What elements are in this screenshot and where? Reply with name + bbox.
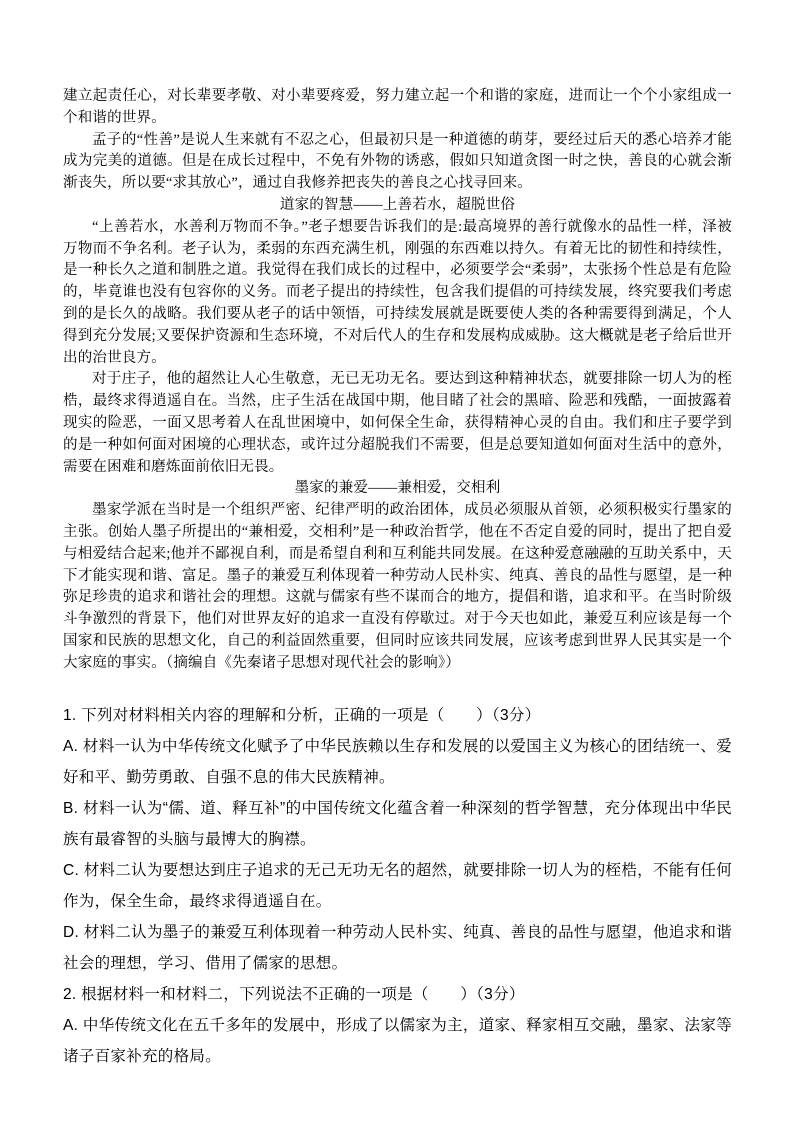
material-paragraph-mozi: 墨家学派在当时是一个组织严密、纪律严明的政治团体，成员必须服从首领，必须积极实行… — [63, 500, 732, 674]
section-heading-mohism: 墨家的兼爱——兼相爱，交相利 — [63, 478, 732, 500]
question-1-option-a: A. 材料一认为中华传统文化赋予了中华民族赖以生存和发展的以爱国主义为核心的团结… — [63, 731, 732, 793]
section-heading-daoism: 道家的智慧——上善若水，超脱世俗 — [63, 195, 732, 217]
question-1-option-d: D. 材料二认为墨子的兼爱互利体现着一种劳动人民朴实、纯真、善良的品性与愿望，他… — [63, 917, 732, 979]
material-passage-section: 建立起责任心，对长辈要孝敬、对小辈要疼爱，努力建立起一个和谐的家庭，进而让一个个… — [63, 86, 732, 675]
material-paragraph-continuation: 建立起责任心，对长辈要孝敬、对小辈要疼爱，努力建立起一个和谐的家庭，进而让一个个… — [63, 86, 732, 130]
material-paragraph-zhuangzi: 对于庄子，他的超然让人心生敬意，无已无功无名。要达到这种精神状态，就要排除一切人… — [63, 369, 732, 478]
question-1-option-b: B. 材料一认为“儒、道、释互补”的中国传统文化蕴含着一种深刻的哲学智慧，充分体… — [63, 793, 732, 855]
question-1-stem: 1. 下列对材料相关内容的理解和分析，正确的一项是（ ）（3分） — [63, 700, 732, 731]
questions-section: 1. 下列对材料相关内容的理解和分析，正确的一项是（ ）（3分） A. 材料一认… — [63, 700, 732, 1072]
question-2-stem: 2. 根据材料一和材料二，下列说法不正确的一项是（ ）（3分） — [63, 979, 732, 1010]
question-1-option-c: C. 材料二认为要想达到庄子追求的无己无功无名的超然，就要排除一切人为的桎梏，不… — [63, 855, 732, 917]
material-paragraph-mencius: 孟子的“性善”是说人生来就有不忍之心，但最初只是一种道德的萌芽，要经过后天的悉心… — [63, 130, 732, 195]
material-paragraph-laozi: “上善若水，水善利万物而不争。”老子想要告诉我们的是:最高境界的善行就像水的品性… — [63, 217, 732, 370]
document-page: 建立起责任心，对长辈要孝敬、对小辈要疼爱，努力建立起一个和谐的家庭，进而让一个个… — [0, 0, 794, 1123]
question-2-option-a: A. 中华传统文化在五千多年的发展中，形成了以儒家为主，道家、释家相互交融，墨家… — [63, 1010, 732, 1072]
